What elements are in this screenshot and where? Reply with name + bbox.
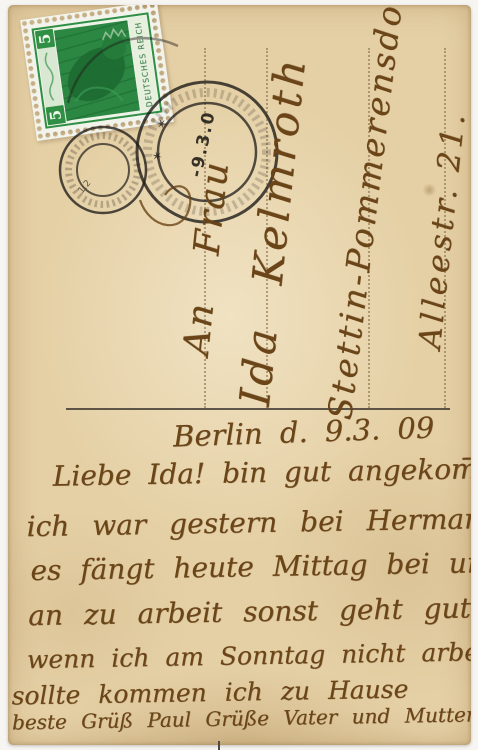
message-line: Liebe Ida! bin gut angekom̄: [52, 452, 471, 492]
message-line: an zu arbeit sonst geht gut: [28, 591, 471, 632]
message-line: wenn ich am Sonntag nicht arbeiten: [27, 636, 471, 674]
message-block: Liebe Ida! bin gut angekom̄ ich war gest…: [8, 5, 471, 745]
postcard-back: 5 5 DEUTSCHES REICH 1.2 ✶ ✶ -9.3.0: [8, 5, 471, 745]
message-line: ich war gestern bei Hermann: [26, 502, 471, 543]
message-line: es fängt heute Mittag bei uns: [30, 546, 471, 587]
scan-artifact-tick: [218, 741, 220, 750]
